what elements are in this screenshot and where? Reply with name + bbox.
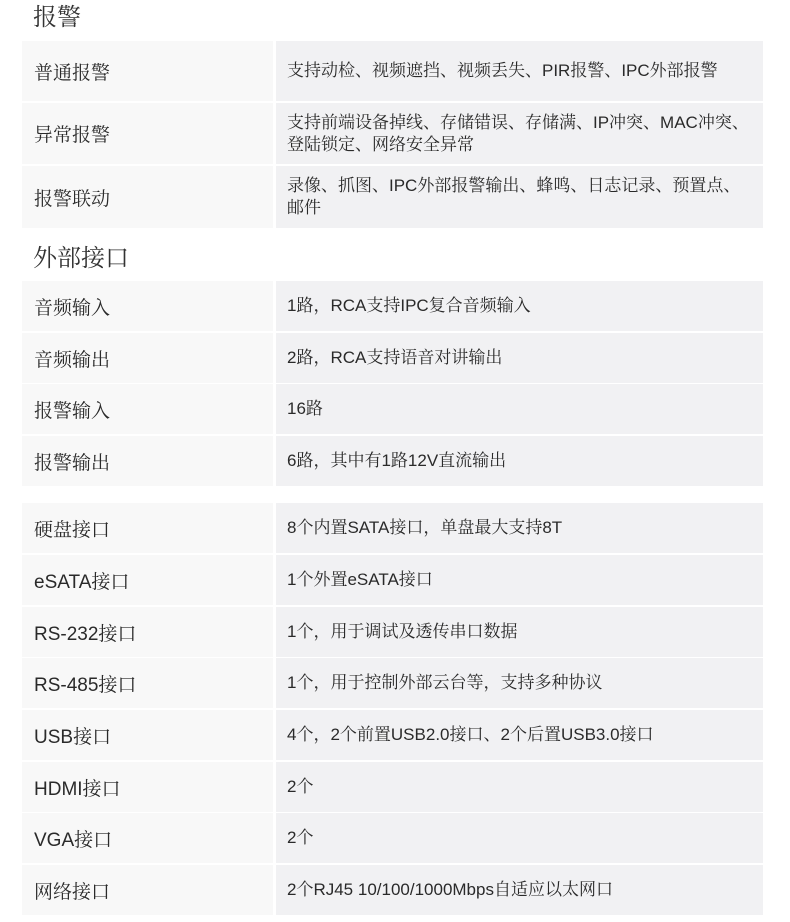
- spec-label: 音频输入: [22, 281, 273, 331]
- spec-value: 支持动检、视频遮挡、视频丢失、PIR报警、IPC外部报警: [276, 41, 763, 101]
- spec-value: 6路，其中有1路12V直流输出: [276, 436, 763, 486]
- spec-row: VGA接口 2个: [22, 813, 763, 863]
- spec-label: 网络接口: [22, 865, 273, 915]
- spec-value: 1个，用于调试及透传串口数据: [276, 607, 763, 657]
- spec-label: HDMI接口: [22, 762, 273, 812]
- spec-label: 音频输出: [22, 333, 273, 383]
- spec-row: 普通报警 支持动检、视频遮挡、视频丢失、PIR报警、IPC外部报警: [22, 41, 763, 101]
- spec-value: 1个，用于控制外部云台等，支持多种协议: [276, 658, 763, 708]
- spec-value: 2个: [276, 762, 763, 812]
- spec-value: 4个，2个前置USB2.0接口、2个后置USB3.0接口: [276, 710, 763, 760]
- spec-label: 报警输入: [22, 384, 273, 434]
- spec-row: 音频输入 1路，RCA支持IPC复合音频输入: [22, 281, 763, 331]
- spec-label: 普通报警: [22, 41, 273, 101]
- spec-label: 异常报警: [22, 103, 273, 164]
- spec-value: 8个内置SATA接口，单盘最大支持8T: [276, 503, 763, 553]
- spec-row: RS-485接口 1个，用于控制外部云台等，支持多种协议: [22, 658, 763, 708]
- spec-value: 2个: [276, 813, 763, 863]
- spec-value: 1路，RCA支持IPC复合音频输入: [276, 281, 763, 331]
- section-title-external-interfaces: 外部接口: [33, 244, 129, 274]
- spec-row: RS-232接口 1个，用于调试及透传串口数据: [22, 607, 763, 657]
- spec-row: 报警输入 16路: [22, 384, 763, 434]
- spec-label: 硬盘接口: [22, 503, 273, 553]
- spec-value: 1个外置eSATA接口: [276, 555, 763, 605]
- spec-value: 2路，RCA支持语音对讲输出: [276, 333, 763, 383]
- spec-row: 报警输出 6路，其中有1路12V直流输出: [22, 436, 763, 486]
- spec-row: 硬盘接口 8个内置SATA接口，单盘最大支持8T: [22, 503, 763, 553]
- spec-row: 网络接口 2个RJ45 10/100/1000Mbps自适应以太网口: [22, 865, 763, 915]
- spec-label: 报警输出: [22, 436, 273, 486]
- spec-label: USB接口: [22, 710, 273, 760]
- spec-label: RS-485接口: [22, 658, 273, 708]
- spec-label: 报警联动: [22, 166, 273, 228]
- spec-row: 音频输出 2路，RCA支持语音对讲输出: [22, 333, 763, 383]
- spec-label: eSATA接口: [22, 555, 273, 605]
- section-title-alarm: 报警: [33, 3, 81, 33]
- spec-row: eSATA接口 1个外置eSATA接口: [22, 555, 763, 605]
- spec-label: RS-232接口: [22, 607, 273, 657]
- spec-value: 16路: [276, 384, 763, 434]
- spec-row: 异常报警 支持前端设备掉线、存储错误、存储满、IP冲突、MAC冲突、登陆锁定、网…: [22, 103, 763, 164]
- spec-row: HDMI接口 2个: [22, 762, 763, 812]
- spec-label: VGA接口: [22, 813, 273, 863]
- spec-row: USB接口 4个，2个前置USB2.0接口、2个后置USB3.0接口: [22, 710, 763, 760]
- spec-value: 录像、抓图、IPC外部报警输出、蜂鸣、日志记录、预置点、邮件: [276, 166, 763, 228]
- spec-value: 支持前端设备掉线、存储错误、存储满、IP冲突、MAC冲突、登陆锁定、网络安全异常: [276, 103, 763, 164]
- spec-row: 报警联动 录像、抓图、IPC外部报警输出、蜂鸣、日志记录、预置点、邮件: [22, 166, 763, 228]
- spec-value: 2个RJ45 10/100/1000Mbps自适应以太网口: [276, 865, 763, 915]
